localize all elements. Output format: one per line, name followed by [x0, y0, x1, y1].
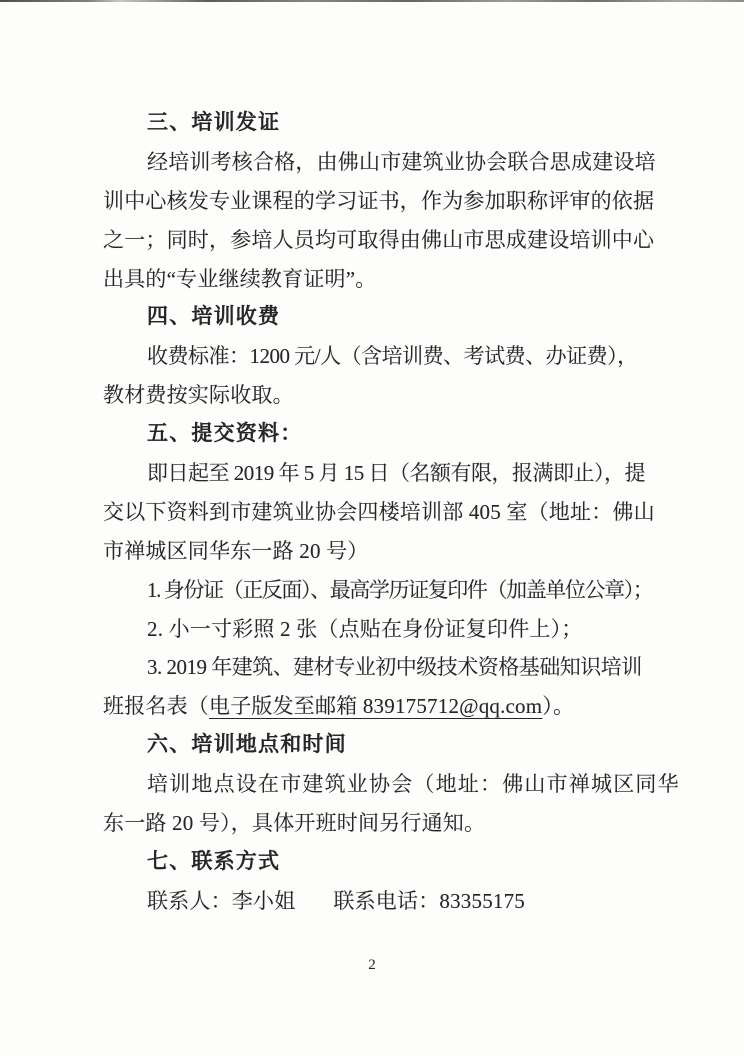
list-item-2: 2. 小一寸彩照 2 张（点贴在身份证复印件上）； — [103, 610, 658, 649]
section-heading-location-and-time: 六、培训地点和时间 — [103, 726, 658, 765]
para-line: 出具的“专业继续教育证明”。 — [103, 260, 658, 299]
section-heading-contact-info: 七、联系方式 — [103, 843, 658, 882]
para-line: 之一；同时，参培人员均可取得由佛山市思成建设培训中心 — [103, 221, 658, 260]
section-heading-submit-materials: 五、提交资料： — [103, 415, 658, 454]
para-line: 东一路 20 号），具体开班时间另行通知。 — [103, 804, 658, 843]
section-heading-training-certification: 三、培训发证 — [103, 104, 658, 143]
scan-artifact-top-edge — [0, 0, 744, 2]
email-address: 电子版发至邮箱 839175712@qq.com — [209, 694, 542, 718]
scanned-document-page: 三、培训发证 经培训考核合格，由佛山市建筑业协会联合思成建设培 训中心核发专业课… — [0, 0, 744, 1056]
contact-line: 联系人：李小姐联系电话：83355175 — [103, 882, 658, 921]
para-line: 训中心核发专业课程的学习证书，作为参加职称评审的依据 — [103, 182, 658, 221]
page-number: 2 — [0, 957, 744, 974]
list-item-3-line2-pre: 班报名表（ — [103, 694, 209, 718]
para-line: 交以下资料到市建筑业协会四楼培训部 405 室（地址：佛山 — [103, 493, 658, 532]
list-item-3-line2: 班报名表（电子版发至邮箱 839175712@qq.com）。 — [103, 687, 658, 726]
para-line: 经培训考核合格，由佛山市建筑业协会联合思成建设培 — [103, 143, 658, 182]
contact-phone: 联系电话：83355175 — [333, 889, 525, 913]
para-line: 即日起至 2019 年 5 月 15 日（名额有限，报满即止），提 — [103, 454, 658, 493]
document-body: 三、培训发证 经培训考核合格，由佛山市建筑业协会联合思成建设培 训中心核发专业课… — [103, 104, 658, 921]
list-item-1: 1. 身份证（正反面）、最高学历证复印件（加盖单位公章）； — [103, 571, 658, 610]
section-heading-training-fees: 四、培训收费 — [103, 298, 658, 337]
para-line: 市禅城区同华东一路 20 号） — [103, 532, 658, 571]
para-line: 教材费按实际收取。 — [103, 376, 658, 415]
contact-person: 联系人：李小姐 — [147, 889, 295, 913]
para-line: 收费标准：1200 元/人（含培训费、考试费、办证费）， — [103, 337, 658, 376]
list-item-3-line2-post: ）。 — [542, 694, 574, 718]
para-line: 培训地点设在市建筑业协会（地址：佛山市禅城区同华 — [103, 765, 658, 804]
list-item-3-line1: 3. 2019 年建筑、建材专业初中级技术资格基础知识培训 — [103, 648, 658, 687]
